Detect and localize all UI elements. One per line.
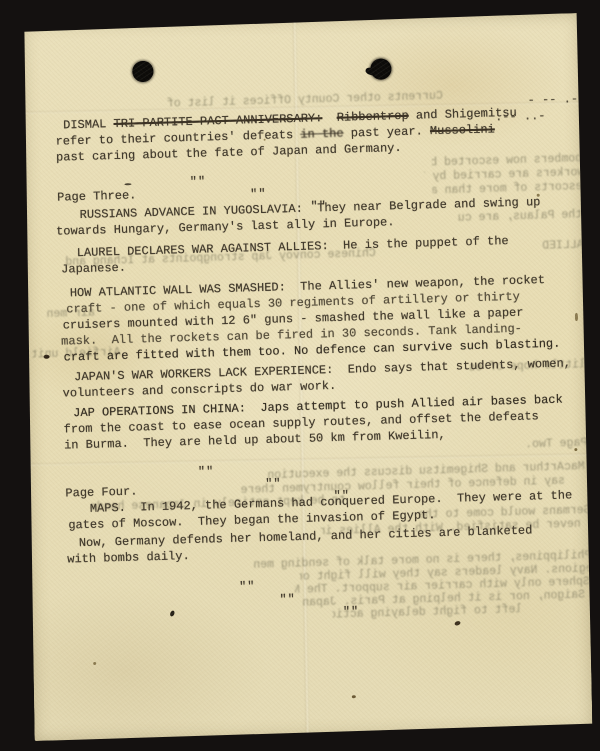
foxing-spot	[575, 313, 578, 321]
quote-marks: ""	[190, 174, 207, 188]
struck-name-ribbentrop: Ribbentrop	[337, 109, 409, 125]
quote-marks: ""	[239, 579, 256, 593]
typed-text-block: DISMAL TRI-PARTITE PACT ANNIVERSARY: Rib…	[20, 8, 598, 741]
page-three-label: Page Three.	[57, 188, 137, 204]
foxing-spot	[93, 662, 96, 665]
quote-marks: ""	[198, 464, 215, 478]
quote-marks-row: "" "" ""	[36, 556, 596, 642]
quote-marks: ""	[279, 592, 296, 606]
quote-marks: ""	[343, 604, 360, 618]
quote-marks: ""	[250, 187, 267, 201]
paper-sheet: Currents other County Offices it list of…	[21, 13, 592, 741]
page-four-label: Page Four.	[65, 484, 137, 500]
typed-line: Japanese.	[61, 261, 126, 277]
typed-line: with bombs daily.	[67, 549, 190, 566]
foxing-spot	[537, 194, 540, 197]
typed-line: LAUREL DECLARES WAR AGAINST ALLIES: He i…	[77, 234, 509, 260]
scan-background: Currents other County Offices it list of…	[0, 0, 600, 751]
foxing-spot	[574, 448, 577, 451]
foxing-spot	[264, 139, 266, 141]
struck-name-mussolini: Mussolini	[430, 122, 495, 138]
smudged-text: in the	[300, 127, 344, 142]
quote-marks: ""	[265, 476, 282, 490]
heading-dismal: DISMAL	[63, 117, 114, 132]
pen-dashes: .-- ..-	[495, 109, 546, 124]
pen-dashes: - -- .--	[527, 92, 585, 108]
